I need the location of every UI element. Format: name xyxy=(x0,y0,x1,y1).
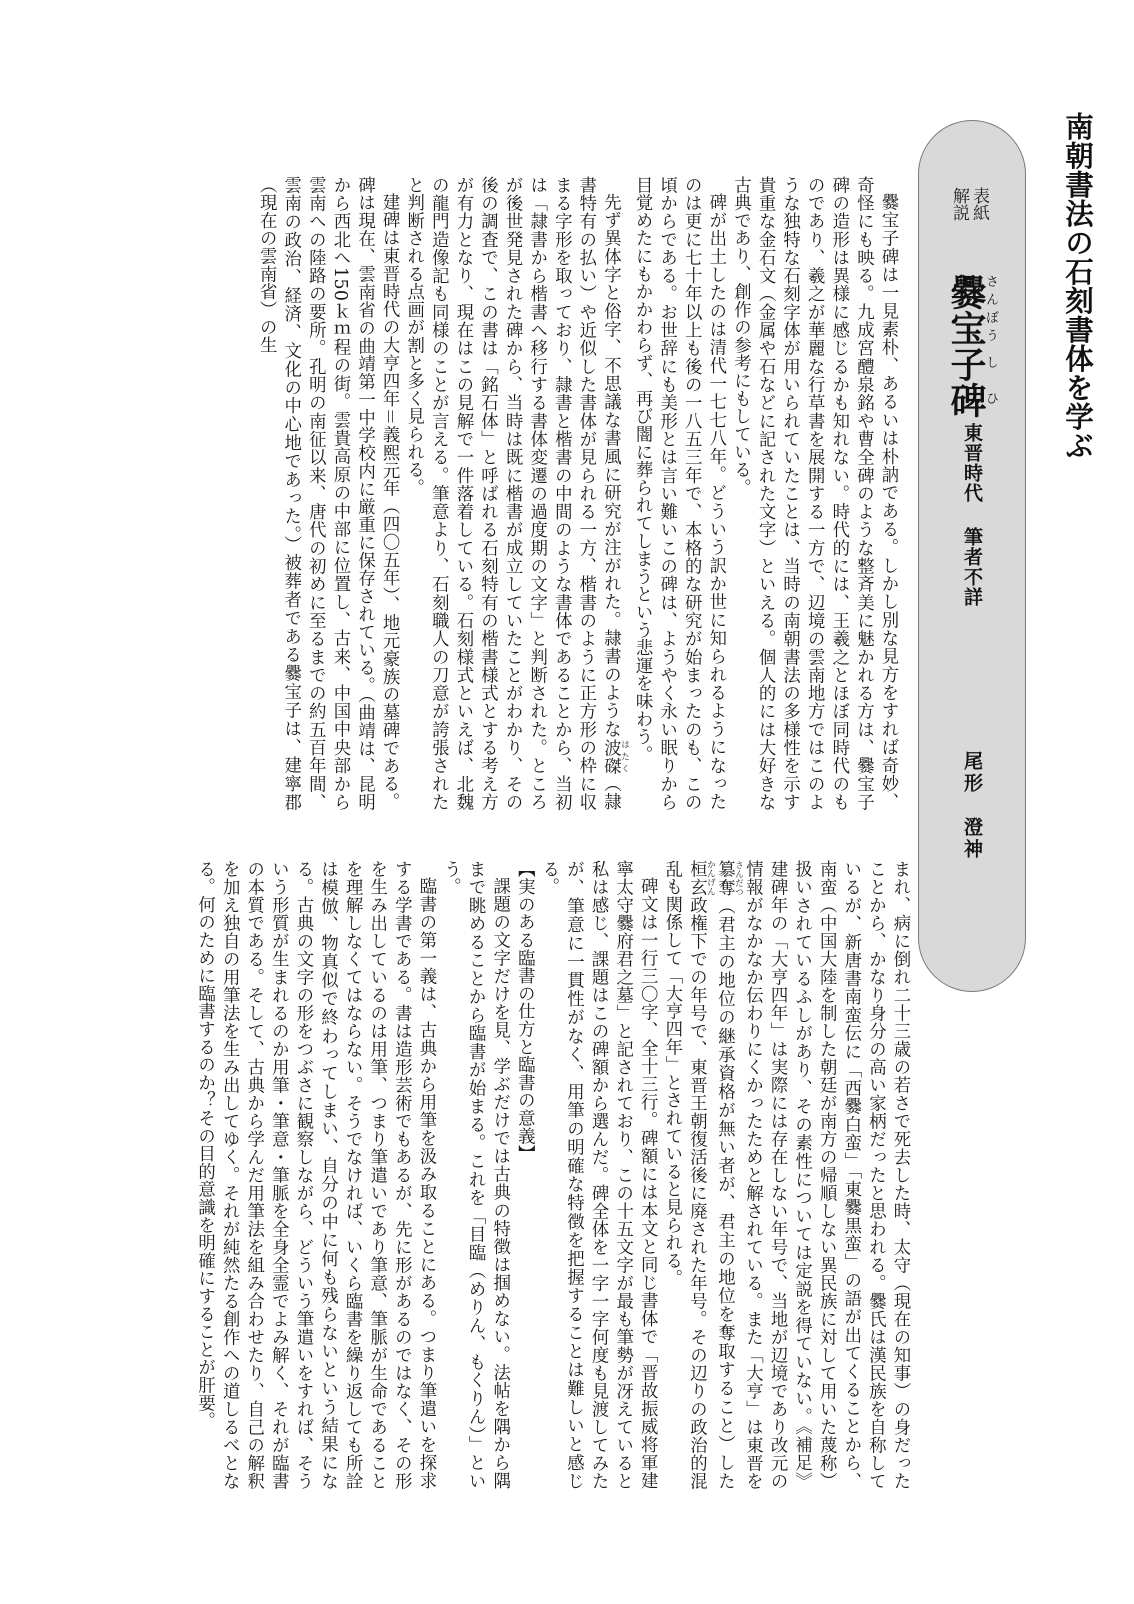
paragraph: 課題の文字だけを見、学ぶだけでは古典の特徴は掴めない。法帖を隅から隅まで眺めるこ… xyxy=(438,860,512,1490)
work-meta: 東晋時代筆者不詳 xyxy=(961,423,983,643)
title-box: 表紙 解説 爨さん宝ぼう子し碑ひ 東晋時代筆者不詳 尾形 澄神 xyxy=(918,120,1026,992)
cover-commentary-label: 表紙 解説 xyxy=(949,187,989,247)
article-body-bottom: まれ、病に倒れ二十三歳の若さで死去した時、太守（現在の知事）の身だったことから、… xyxy=(72,860,912,1490)
work-title-char: 碑ひ xyxy=(945,382,986,418)
work-title-char: 宝ぼう xyxy=(945,310,986,346)
series-title: 南朝書法の石刻書体を学ぶ xyxy=(1057,112,1097,672)
era: 東晋時代 xyxy=(961,423,983,503)
ruby-sandatsu: 簒奪さんだつ xyxy=(714,860,734,897)
ruby-hataku: 波磔はたく xyxy=(600,739,620,775)
paragraph: 建碑は東晋時代の大亨四年＝義熙元年（四〇五年）、地元豪族の墓碑である。碑は現在、… xyxy=(254,176,402,811)
paragraph: 爨宝子碑は一見素朴、あるいは朴訥である。しかし別な見方をすれば奇妙、奇怪にも映る… xyxy=(728,176,900,811)
label-line-1: 表紙 xyxy=(969,187,989,221)
paragraph: 先ず異体字と俗字、不思議な書風に研究が注がれた。隷書のような波磔はたく（隷書特有… xyxy=(401,176,629,811)
label-line-2: 解説 xyxy=(949,187,969,221)
work-title: 爨さん宝ぼう子し碑ひ xyxy=(944,274,998,434)
work-title-char: 子し xyxy=(945,346,986,382)
work-title-char: 爨さん xyxy=(945,274,986,310)
article-body-top: 爨宝子碑は一見素朴、あるいは朴訥である。しかし別な見方をすれば奇妙、奇怪にも映る… xyxy=(70,176,900,811)
calligrapher: 筆者不詳 xyxy=(961,527,983,607)
paragraph: 碑文は一行三〇字、全十三行。碑額には本文と同じ書体で「晋故振威将軍建寧太守爨府君… xyxy=(536,860,659,1490)
ruby-kangen: 桓玄かんげん xyxy=(686,860,706,896)
section-heading: 【実のある臨書の仕方と臨書の意義】 xyxy=(512,860,537,1490)
paragraph-continued: まれ、病に倒れ二十三歳の若さで死去した時、太守（現在の知事）の身だったことから、… xyxy=(659,860,912,1490)
author-name: 尾形 澄神 xyxy=(961,751,983,871)
paragraph: 碑が出土したのは清代一七七八年。どういう訳か世に知られるようになったのは更に七十… xyxy=(629,176,727,811)
paragraph: 臨書の第一義は、古典から用筆を汲み取ることにある。つまり筆遣いを探求する学書であ… xyxy=(192,860,438,1490)
